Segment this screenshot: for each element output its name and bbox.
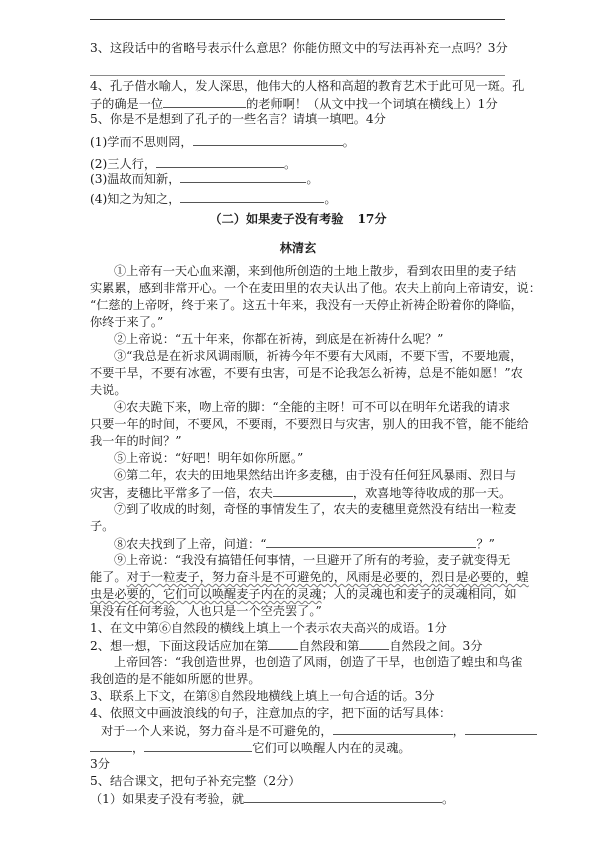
passage-question-5-item1-prefix: （1）如果麦子没有考验，就: [90, 792, 244, 806]
answer-blank-p6[interactable]: [273, 484, 353, 497]
answer-blank-quote-2[interactable]: [156, 155, 284, 168]
section-2-score: 17分: [357, 212, 386, 226]
passage-question-2: 2、想一想，下面这段话应加在第自然段和第自然段之间。3分: [90, 637, 510, 653]
answer-blank-quote-3[interactable]: [180, 170, 306, 183]
question-4-line1: 4、孔子借水喻人，发人深思，他伟大的人格和高超的教育艺术于此可见一斑。孔: [90, 78, 510, 94]
passage-question-2-suffix: 自然段之间。3分: [389, 639, 482, 653]
passage-p6-suffix: ，欢喜地等待收成的那一天。: [353, 486, 511, 500]
answer-blank-q4-third[interactable]: [144, 739, 252, 752]
passage-p1-line3: “仁慈的上帝呀，终于来了。这五十年来，我没有一天停止祈祷企盼着你的降临，: [90, 297, 510, 313]
quote-item-4-suffix: 。: [324, 192, 336, 206]
quote-item-4-prefix: (4)知之为知之，: [90, 192, 180, 206]
passage-question-5-item1-suffix: 。: [442, 792, 454, 806]
passage-question-4-line2-suffix: 它们可以唤醒人内在的灵魂。: [252, 741, 410, 755]
passage-question-4-line1-prefix: 对于一个人来说，努力奋斗是不可避免的，: [101, 724, 333, 738]
passage-p1-line2: 实累累，感到非常开心。一个在麦田里的农夫认出了他。农夫上前向上帝请安，说：: [90, 280, 510, 296]
passage-question-4: 4、依照文中画波浪线的句子，注意加点的字，把下面的话写具体：: [90, 705, 510, 721]
section-2-heading: （二）如果麦子没有考验17分: [0, 211, 596, 227]
passage-p2: ②上帝说：“五十年来，你都在祈祷，到底是在祈祷什么呢？”: [114, 331, 534, 347]
quote-item-3-suffix: 。: [306, 172, 318, 186]
question-4-prefix: 子的确是一位: [90, 97, 163, 111]
passage-question-3: 3、联系上下文，在第⑧自然段地横线上填上一句合适的话。3分: [90, 688, 510, 704]
passage-p5: ⑤上帝说：“好吧！明年如你所愿。”: [114, 450, 534, 466]
passage-p9-line1: ⑨上帝说：“我没有搞错任何事情，一旦避开了所有的考验，麦子就变得无: [114, 552, 534, 568]
passage-p4-line1: ④农夫跪下来，吻上帝的脚：“全能的主呀！可不可以在明年允诺我的请求: [114, 399, 534, 415]
passage-p8-prefix: ⑧农夫找到了上帝，问道：“: [114, 537, 266, 551]
passage-p4-line3: 我一年的时间？”: [90, 433, 510, 449]
passage-p3-line3: 夫说。: [90, 382, 510, 398]
passage-question-2-quote-line2: 我创造的是不能如所愿的世界。: [90, 671, 510, 687]
passage-p6-prefix: 灾害，麦穗比平常多了一倍，农夫: [90, 486, 273, 500]
passage-p7-line2: 子。: [90, 518, 510, 534]
passage-question-5-item1: （1）如果麦子没有考验，就。: [90, 790, 510, 806]
answer-blank-q4-second[interactable]: [465, 722, 537, 735]
top-rule: [90, 19, 505, 20]
passage-p8-suffix: ？”: [476, 537, 494, 551]
section-2-title: （二）如果麦子没有考验: [209, 212, 343, 226]
passage-p6-line2: 灾害，麦穗比平常多了一倍，农夫，欢喜地等待收成的那一天。: [90, 484, 510, 500]
question-5: 5、你是不是想到了孔子的一些名言？请填一填吧。4分: [90, 111, 510, 127]
answer-blank-q4-first[interactable]: [333, 722, 453, 735]
quote-item-1-suffix: 。: [343, 135, 355, 149]
passage-question-5: 5、结合课文，把句子补充完整（2分）: [90, 773, 510, 789]
answer-blank-q2-second[interactable]: [359, 637, 389, 650]
answer-blank-q2-first[interactable]: [268, 637, 298, 650]
question-4-suffix: 的老师啊！（从文中找一个词填在横线上）1分: [246, 97, 498, 111]
passage-p9-line4: 果没有任何考验，人也只是一个空壳罢了。”: [90, 603, 510, 619]
passage-question-2-middle: 自然段和第: [298, 639, 359, 653]
passage-p7-line1: ⑦到了收成的时刻，奇怪的事情发生了，农夫的麦穗里竟然没有结出一粒麦: [114, 501, 534, 517]
passage-question-1: 1、在文中第⑥自然段的横线上填上一个表示农夫高兴的成语。1分: [90, 620, 510, 636]
passage-p8: ⑧农夫找到了上帝，问道：“？”: [114, 535, 534, 551]
answer-blank-q4[interactable]: [163, 95, 246, 108]
wavy-underlined-sentence-part1: 对于一粒麦子，努力奋斗是不可避免的，风雨是必要的，烈日是必要的，蝗: [127, 570, 529, 584]
passage-p3-line1: ③“我总是在祈求风调雨顺，祈祷今年不要有大风雨，不要下雪，不要地震，: [114, 348, 534, 364]
passage-author: 林清玄: [0, 240, 596, 256]
passage-p6-line1: ⑥第二年，农夫的田地果然结出许多麦穗，由于没有任何狂风暴雨、烈日与: [114, 467, 534, 483]
passage-p4-line2: 只要一年的时间，不要风，不要雨，不要烈日与灾害，别人的田我不管，能不能给: [90, 416, 510, 432]
answer-blank-quote-4[interactable]: [180, 190, 324, 203]
passage-question-4-line1: 对于一个人来说，努力奋斗是不可避免的，，: [101, 722, 521, 738]
answer-blank-quote-1[interactable]: [193, 133, 343, 146]
worksheet-page: 3、这段话中的省略号表示什么意思？你能仿照文中的写法再补充一点吗？3分 4、孔子…: [0, 0, 596, 842]
passage-p9-line3-suffix: ；人的灵魂也和麦子的灵魂相同，如: [322, 587, 517, 601]
quote-item-1: (1)学而不思则罔，。: [90, 133, 510, 149]
answer-blank-q5-item1[interactable]: [244, 790, 442, 803]
quote-item-2-prefix: (2)三人行，: [90, 157, 156, 171]
passage-p9-line2: 能了。对于一粒麦子，努力奋斗是不可避免的，风雨是必要的，烈日是必要的，蝗: [90, 569, 510, 585]
answer-line-q3[interactable]: [90, 75, 505, 76]
quote-item-2-suffix: 。: [284, 157, 296, 171]
quote-item-1-prefix: (1)学而不思则罔，: [90, 135, 193, 149]
passage-question-4-score: 3分: [90, 756, 510, 772]
passage-question-4-line2: ，它们可以唤醒人内在的灵魂。: [90, 739, 510, 755]
quote-item-4: (4)知之为知之，。: [90, 190, 510, 206]
passage-p9-line3: 虫是必要的，它们可以唤醒麦子内在的灵魂；人的灵魂也和麦子的灵魂相同，如: [90, 586, 510, 602]
question-3: 3、这段话中的省略号表示什么意思？你能仿照文中的写法再补充一点吗？3分: [90, 40, 510, 56]
passage-p9-line2-prefix: 能了。: [90, 570, 127, 584]
passage-p1-line1: ①上帝有一天心血来潮，来到他所创造的土地上散步，看到农田里的麦子结: [114, 263, 534, 279]
quote-item-3-prefix: (3)温故而知新，: [90, 172, 180, 186]
passage-question-2-prefix: 2、想一想，下面这段话应加在第: [90, 639, 268, 653]
answer-blank-q4-second-cont[interactable]: [90, 739, 132, 752]
passage-p1-line4: 你终于来了。”: [90, 314, 510, 330]
passage-question-4-line1-comma: ，: [453, 724, 465, 738]
passage-question-4-line2-comma: ，: [132, 741, 144, 755]
passage-question-2-quote-line1: 上帝回答：“我创造世界，也创造了风雨，创造了干旱，也创造了蝗虫和鸟雀: [114, 654, 534, 670]
quote-item-2: (2)三人行，。: [90, 155, 510, 171]
question-4-line2: 子的确是一位的老师啊！（从文中找一个词填在横线上）1分: [90, 95, 510, 111]
wavy-underlined-sentence-part2: 虫是必要的，它们可以唤醒麦子内在的灵魂: [90, 587, 322, 601]
quote-item-3: (3)温故而知新，。: [90, 170, 510, 186]
answer-blank-p8[interactable]: [266, 535, 476, 548]
passage-p3-line2: 不要干旱，不要有冰雹，不要有虫害，可是不论我怎么祈祷，总是不能如愿！”农: [90, 365, 510, 381]
